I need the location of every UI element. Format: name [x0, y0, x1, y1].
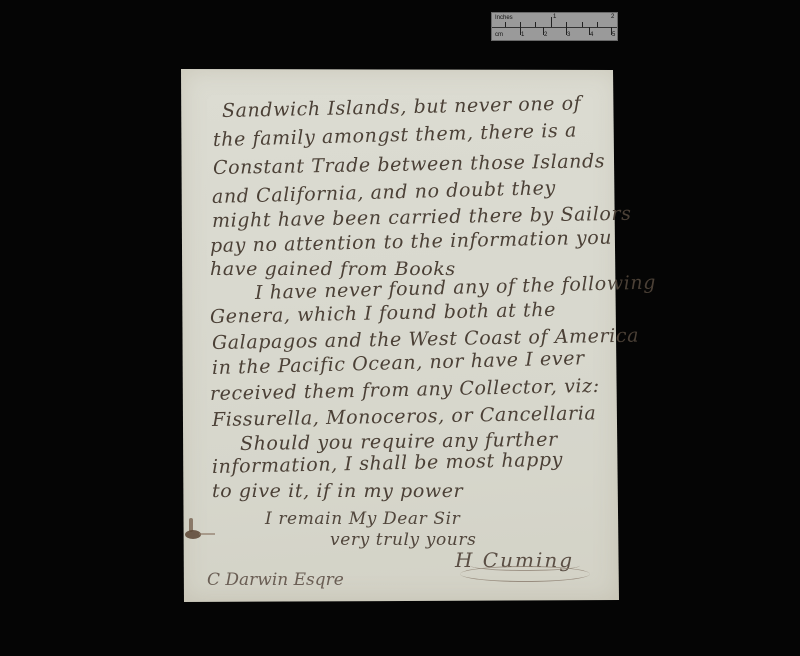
ruler-tick — [566, 27, 567, 35]
ruler-inch-mark: 1 — [553, 14, 556, 20]
ruler-tick — [582, 22, 583, 27]
signature-flourish — [460, 566, 590, 582]
ruler-tick — [543, 27, 544, 35]
ruler-cm-mark: 2 — [544, 32, 547, 38]
ruler-tick — [505, 22, 506, 27]
closing-line: I remain My Dear Sir — [265, 509, 460, 529]
ruler-tick — [597, 22, 598, 27]
closing-line: very truly yours — [330, 530, 476, 550]
addressee: C Darwin Esqre — [207, 570, 344, 590]
ruler-tick — [535, 22, 536, 27]
ruler-cm-mark: 5 — [612, 32, 615, 38]
ruler-cm-mark: 4 — [590, 32, 593, 38]
ruler-cm-mark: 1 — [521, 32, 524, 38]
ruler-inch-mark: 2 — [611, 14, 614, 20]
letter-line: to give it, if in my power — [212, 480, 463, 502]
ruler-divider — [492, 27, 617, 28]
ruler-tick — [589, 27, 590, 35]
ruler-tick — [520, 27, 521, 35]
scale-ruler: Inches 1 2 cm 1 2 3 4 5 — [491, 12, 618, 41]
ruler-cm-label: cm — [495, 32, 503, 38]
ruler-tick — [551, 17, 552, 27]
ruler-tick — [611, 27, 612, 35]
ink-stain — [199, 533, 215, 535]
ruler-inches-label: Inches — [495, 15, 513, 21]
ruler-cm-mark: 3 — [567, 32, 570, 38]
